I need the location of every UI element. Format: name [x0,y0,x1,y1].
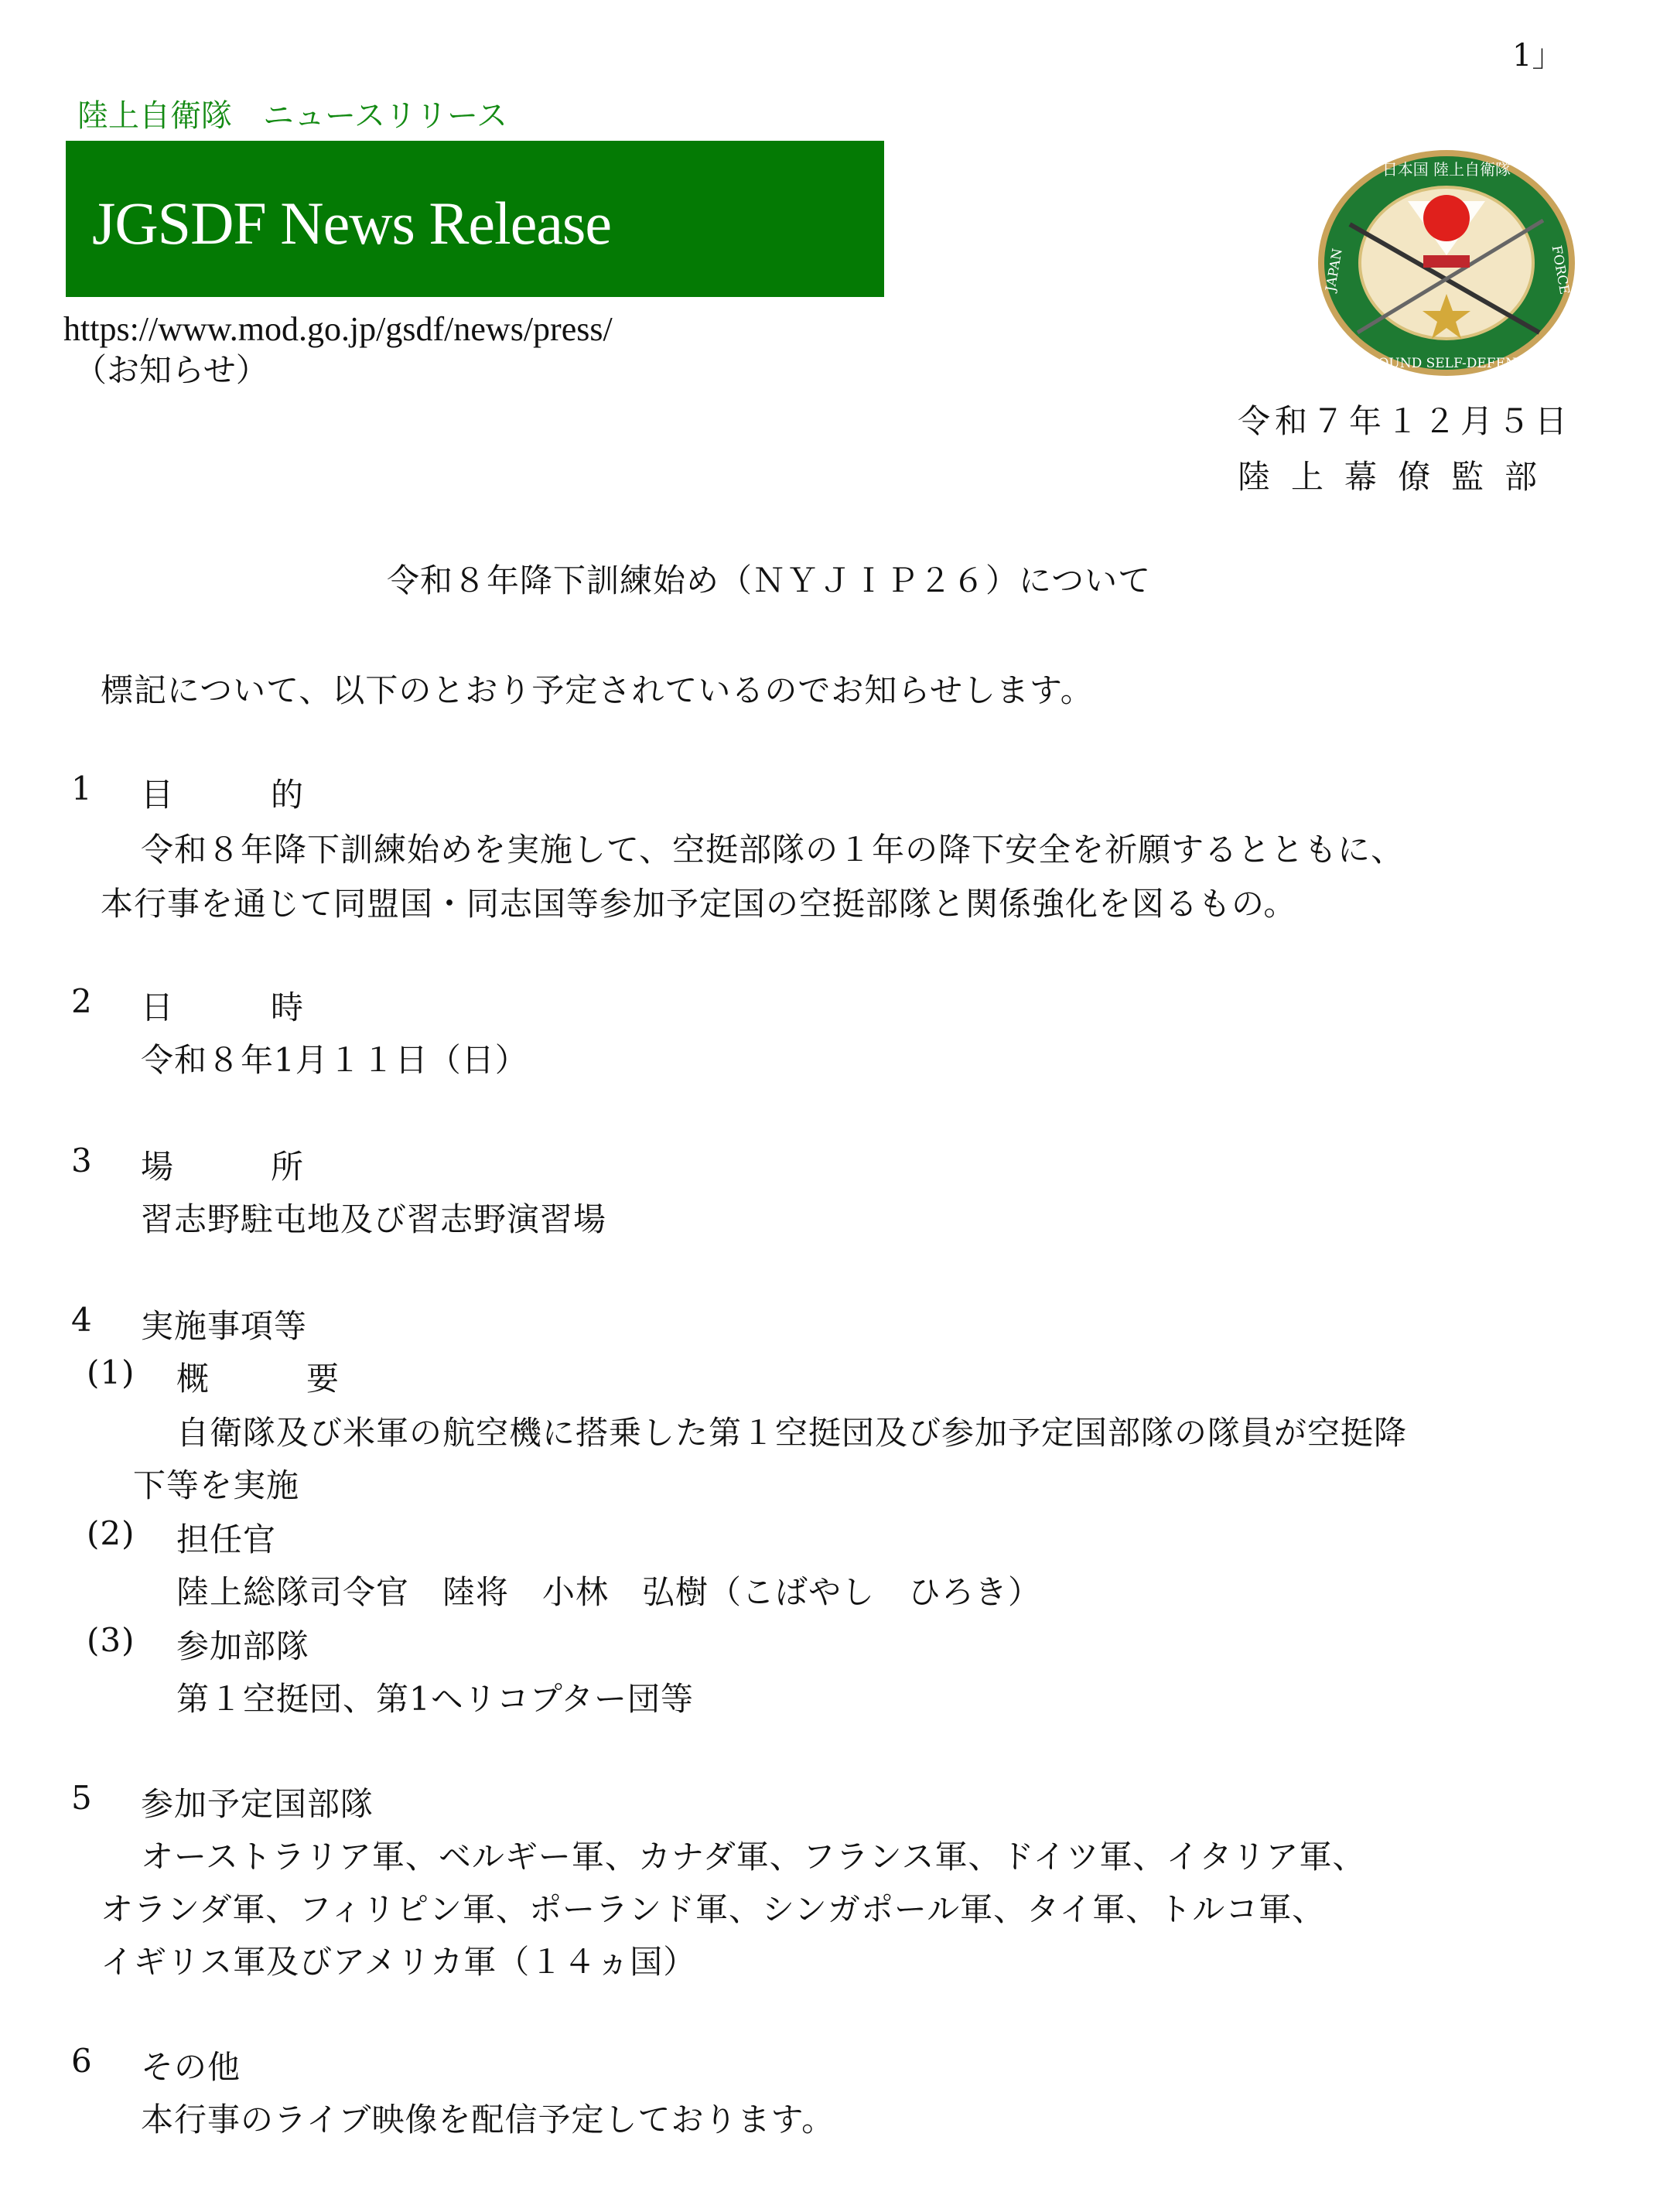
issue-date: 令和７年１２月５日 [1238,396,1572,442]
section-5-num: 5 [71,1779,93,1817]
subsection-2-num: (2) [87,1514,135,1552]
section-1-line-2: 本行事を通じて同盟国・同志国等参加予定国の空挺部隊と関係強化を図るもの。 [101,879,1296,925]
svg-text:GROUND SELF-DEFENSE: GROUND SELF-DEFENSE [1358,356,1535,371]
subsection-3-line-1: 第１空挺団、第1ヘリコプター団等 [176,1674,694,1720]
section-3-line-1: 習志野駐屯地及び習志野演習場 [141,1194,606,1241]
issuer: 陸上幕僚監部 [1238,452,1558,498]
section-3-heading: 場 所 [141,1142,336,1188]
subsection-1-line-1: 自衛隊及び米軍の航空機に搭乗した第１空挺団及び参加予定国部隊の隊員が空挺降 [176,1408,1407,1454]
section-4-heading: 実施事項等 [141,1301,307,1347]
subsection-1-heading: 概 要 [176,1353,371,1400]
section-5-line-1: オーストラリア軍、ベルギー軍、カナダ軍、フランス軍、ドイツ軍、イタリア軍、 [141,1831,1365,1878]
page-number: 1」 [1512,31,1563,75]
subsection-1-num: (1) [87,1353,135,1391]
section-2-line-1: 令和８年1月１１日（日） [141,1035,528,1081]
document-title: 令和８年降下訓練始め（ＮＹＪＩＰ２６）について [387,555,1151,602]
news-release-banner: JGSDF News Release [66,141,884,297]
section-2-heading: 日 時 [141,982,336,1029]
section-1-line-1: 令和８年降下訓練始めを実施して、空挺部隊の１年の降下安全を祈願するとともに、 [141,824,1404,871]
banner-title: JGSDF News Release [92,189,611,258]
subsection-3-heading: 参加部隊 [176,1621,309,1668]
svg-text:日本国 陸上自衛隊: 日本国 陸上自衛隊 [1382,160,1511,179]
section-3-num: 3 [71,1142,93,1179]
intro-text: 標記について、以下のとおり予定されているのでお知らせします。 [101,665,1094,712]
subsection-2-line-1: 陸上総隊司令官 陸将 小林 弘樹（こばやし ひろき） [176,1567,1041,1613]
section-5-heading: 参加予定国部隊 [141,1779,374,1825]
jgsdf-emblem-icon: 日本国 陸上自衛隊 GROUND SELF-DEFENSE JAPAN FORC… [1315,147,1578,379]
section-6-line-1: 本行事のライブ映像を配信予定しております。 [141,2094,835,2141]
section-1-heading: 目 的 [141,770,336,816]
subsection-2-heading: 担任官 [176,1514,276,1561]
press-url-link[interactable]: https://www.mod.go.jp/gsdf/news/press/ [63,309,613,349]
org-label-jp: 陸上自衛隊 ニュースリリース [77,91,507,135]
subsection-3-num: (3) [87,1621,135,1659]
section-6-heading: その他 [141,2042,241,2088]
notice-label: （お知らせ） [74,345,268,391]
section-5-line-2: オランダ軍、フィリピン軍、ポーランド軍、シンガポール軍、タイ軍、トルコ軍、 [101,1884,1325,1930]
section-5-line-3: イギリス軍及びアメリカ軍（１４ヵ国） [101,1937,696,1983]
subsection-1-line-2: 下等を実施 [133,1460,299,1507]
section-1-num: 1 [71,770,93,807]
section-2-num: 2 [71,982,93,1020]
section-4-num: 4 [71,1301,93,1339]
section-6-num: 6 [71,2042,93,2080]
